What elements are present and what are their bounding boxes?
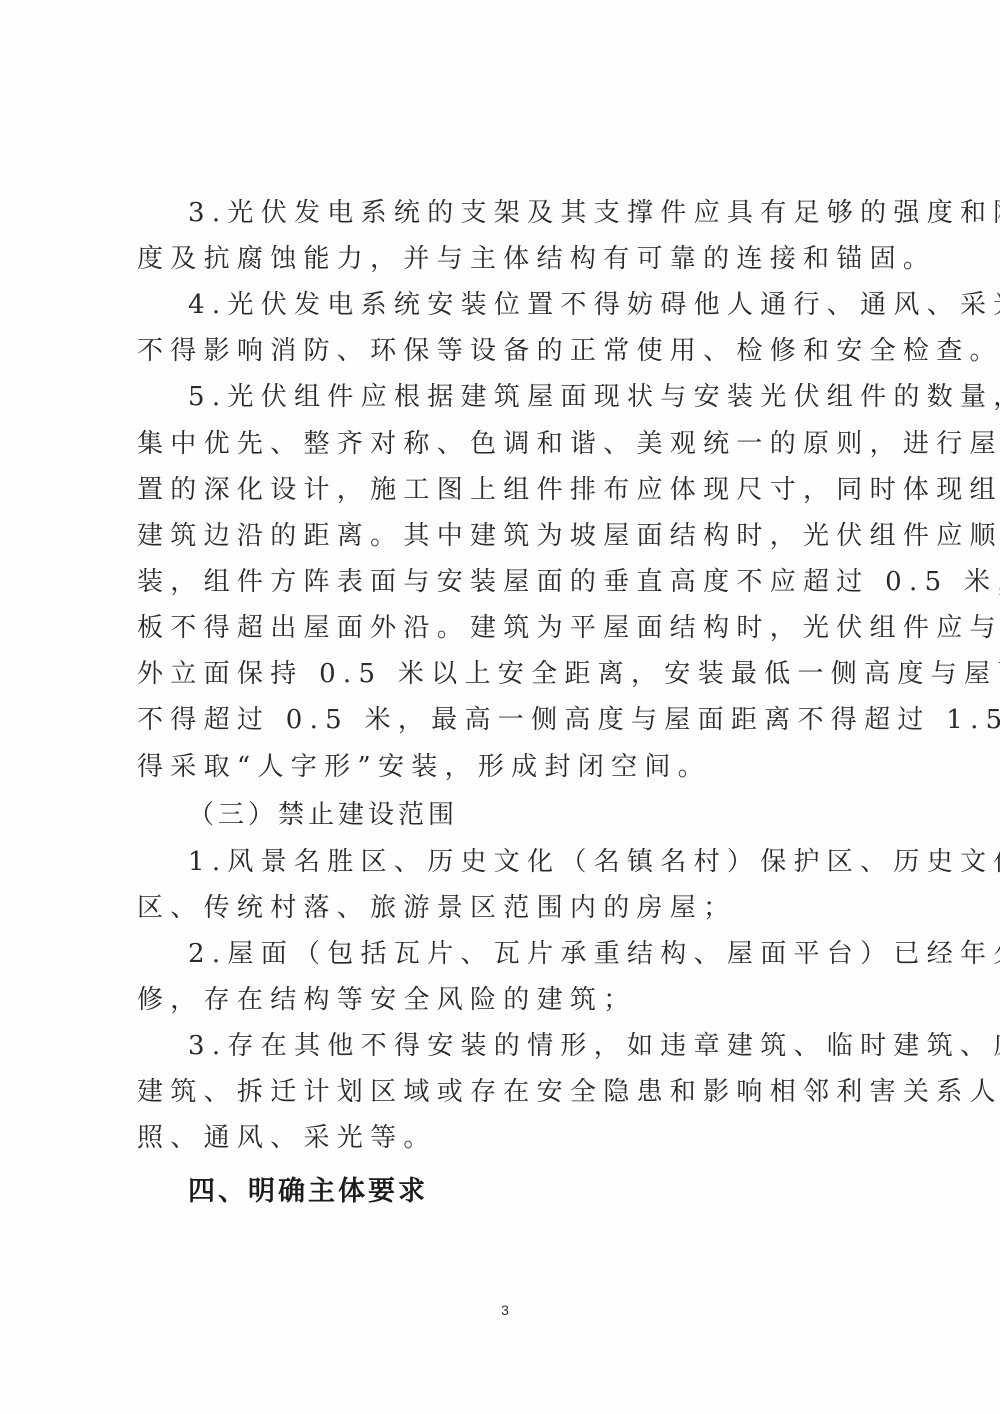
prohibited-2-line-2: 修，存在结构等安全风险的建筑；: [137, 977, 877, 1023]
paragraph-item-5-line-6: 板不得超出屋面外沿。建筑为平屋面结构时，光伏组件应与建筑: [137, 605, 877, 651]
paragraph-item-5-line-9: 得采取“人字形”安装，形成封闭空间。: [137, 744, 877, 790]
paragraph-item-5-line-3: 置的深化设计，施工图上组件排布应体现尺寸，同时体现组件与: [137, 467, 877, 513]
paragraph-item-3-line-1: 3.光伏发电系统的支架及其支撑件应具有足够的强度和刚: [188, 190, 878, 236]
section-heading: 四、明确主体要求: [188, 1169, 428, 1215]
paragraph-item-5-line-1: 5.光伏组件应根据建筑屋面现状与安装光伏组件的数量，按: [188, 374, 878, 420]
prohibited-3-line-1: 3.存在其他不得安装的情形，如违章建筑、临时建筑、废弃: [188, 1023, 878, 1069]
document-page: 3.光伏发电系统的支架及其支撑件应具有足够的强度和刚 度及抗腐蚀能力，并与主体结…: [0, 0, 1000, 1414]
paragraph-item-5-line-2: 集中优先、整齐对称、色调和谐、美观统一的原则，进行屋面布: [137, 421, 877, 467]
prohibited-1-line-2: 区、传统村落、旅游景区范围内的房屋；: [137, 885, 877, 931]
paragraph-item-5-line-7: 外立面保持 0.5 米以上安全距离，安装最低一侧高度与屋面距离: [137, 651, 877, 697]
paragraph-item-3-line-2: 度及抗腐蚀能力，并与主体结构有可靠的连接和锚固。: [137, 236, 877, 282]
prohibited-3-line-3: 照、通风、采光等。: [137, 1115, 877, 1161]
prohibited-2-line-1: 2.屋面（包括瓦片、瓦片承重结构、屋面平台）已经年久失: [188, 931, 878, 977]
paragraph-item-5-line-8: 不得超过 0.5 米，最高一侧高度与屋面距离不得超过 1.5 米；不: [137, 697, 877, 743]
paragraph-item-4-line-2: 不得影响消防、环保等设备的正常使用、检修和安全检查。: [137, 328, 877, 374]
prohibited-3-line-2: 建筑、拆迁计划区域或存在安全隐患和影响相邻利害关系人的日: [137, 1069, 877, 1115]
prohibited-1-line-1: 1.风景名胜区、历史文化（名镇名村）保护区、历史文化街: [188, 839, 878, 885]
paragraph-item-5-line-5: 装，组件方阵表面与安装屋面的垂直高度不应超过 0.5 米，光伏: [137, 559, 877, 605]
paragraph-item-5-line-4: 建筑边沿的距离。其中建筑为坡屋面结构时，光伏组件应顺坡安: [137, 513, 877, 559]
paragraph-item-4-line-1: 4.光伏发电系统安装位置不得妨碍他人通行、通风、采光，: [188, 282, 878, 328]
subheading-prohibited-scope: （三）禁止建设范围: [188, 792, 928, 838]
page-number: 3: [0, 1302, 1000, 1318]
